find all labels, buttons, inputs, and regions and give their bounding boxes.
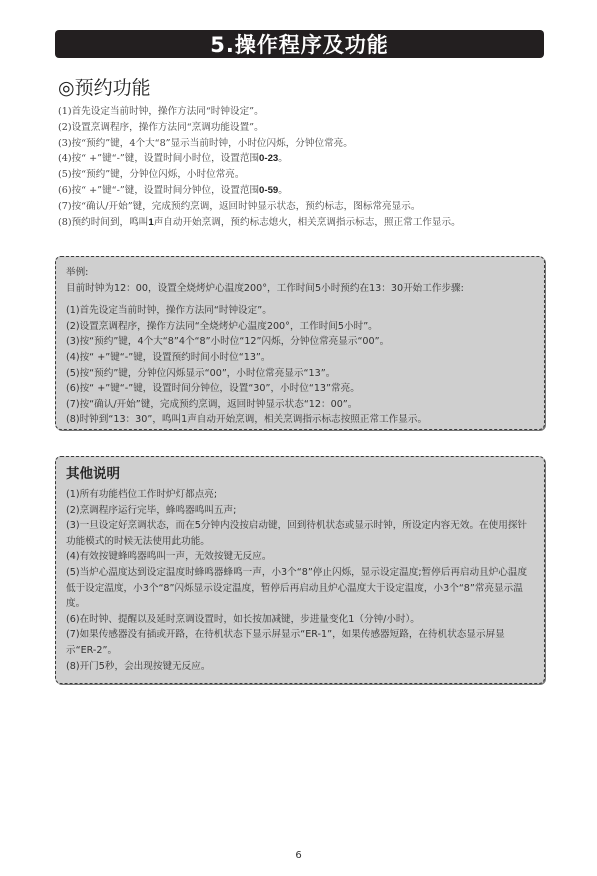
example-step: (7)按“确认/开始”键，完成预约烹调，返回时钟显示状态“12：00”。 [66, 397, 534, 413]
step-item: (7)按“确认/开始”键，完成预约烹调，返回时钟显示状态，预约标志，图标常亮显示… [58, 199, 558, 215]
step-item: (6)按“ +”键“-”键，设置时间分钟位，设置范围0-59。 [58, 183, 558, 199]
step-item: (4)按“ +”键“-”键，设置时间小时位，设置范围0-23。 [58, 151, 558, 167]
note-item: (8)开门5秒，会出现按键无反应。 [66, 659, 534, 675]
note-item: (2)烹调程序运行完毕，蜂鸣器鸣叫五声; [66, 503, 534, 519]
example-step: (5)按“预约”键，分钟位闪烁显示“00”，小时位常亮显示“13”。 [66, 366, 534, 382]
note-item: (3)一旦设定好烹调状态，而在5分钟内没按启动键，回到待机状态或显示时钟，所设定… [66, 518, 534, 549]
minute-range: 0-59 [259, 185, 278, 196]
note-item: (1)所有功能档位工作时炉灯都点亮; [66, 487, 534, 503]
step-item: (8)预约时间到，鸣叫1声自动开始烹调，预约标志熄火，相关烹调指示标志，照正常工… [58, 215, 558, 231]
example-step: (3)按“预约”键，4个大“8”4个“8”小时位“12”闪烁，分钟位常亮显示“0… [66, 334, 534, 350]
step-item: (2)设置烹调程序，操作方法同“烹调功能设置”。 [58, 120, 558, 136]
step-item: (5)按“预约”键，分钟位闪烁，小时位常亮。 [58, 167, 558, 183]
note-item: (7)如果传感器没有插或开路，在待机状态下显示屏显示“ER-1”，如果传感器短路… [66, 627, 534, 658]
note-item: (5)当炉心温度达到设定温度时蜂鸣器蜂鸣一声，小3个“8”停止闪烁，显示设定温度… [66, 565, 534, 612]
example-box: 举例: 目前时钟为12：00，设置全烧烤炉心温度200°，工作时间5小时预约在1… [55, 256, 545, 430]
example-step: (6)按“ +”键“-”键，设置时间分钟位，设置“30”，小时位“13”常亮。 [66, 381, 534, 397]
notes-heading: 其他说明 [66, 463, 534, 485]
reservation-steps: (1)首先设定当前时钟，操作方法同“时钟设定”。 (2)设置烹调程序，操作方法同… [58, 104, 558, 230]
example-step: (4)按“ +”键“-”键，设置预约时间小时位“13”。 [66, 350, 534, 366]
example-step: (1)首先设定当前时钟，操作方法同“时钟设定”。 [66, 303, 534, 319]
step-item: (3)按“预约”键，4个大“8”显示当前时钟，小时位闪烁，分钟位常亮。 [58, 136, 558, 152]
example-step: (2)设置烹调程序，操作方法同“全烧烤炉心温度200°，工作时间5小时”。 [66, 319, 534, 335]
chapter-title: 5.操作程序及功能 [210, 29, 389, 59]
example-heading: 举例: [66, 265, 534, 281]
chapter-title-bar: 5.操作程序及功能 [55, 30, 544, 58]
note-item: (6)在时钟、提醒以及延时烹调设置时，如长按加减键，步进量变化1（分钟/小时）。 [66, 612, 534, 628]
hour-range: 0-23 [259, 153, 278, 164]
example-intro: 目前时钟为12：00，设置全烧烤炉心温度200°，工作时间5小时预约在13：30… [66, 281, 534, 297]
page-number: 6 [0, 850, 597, 861]
notes-box: 其他说明 (1)所有功能档位工作时炉灯都点亮; (2)烹调程序运行完毕，蜂鸣器鸣… [55, 456, 545, 684]
note-item: (4)有效按键蜂鸣器鸣叫一声，无效按键无反应。 [66, 549, 534, 565]
step-item: (1)首先设定当前时钟，操作方法同“时钟设定”。 [58, 104, 558, 120]
example-step: (8)时钟到“13：30”，鸣叫1声自动开始烹调，相关烹调指示标志按照正常工作显… [66, 412, 534, 428]
section-title: ◎预约功能 [58, 73, 151, 100]
